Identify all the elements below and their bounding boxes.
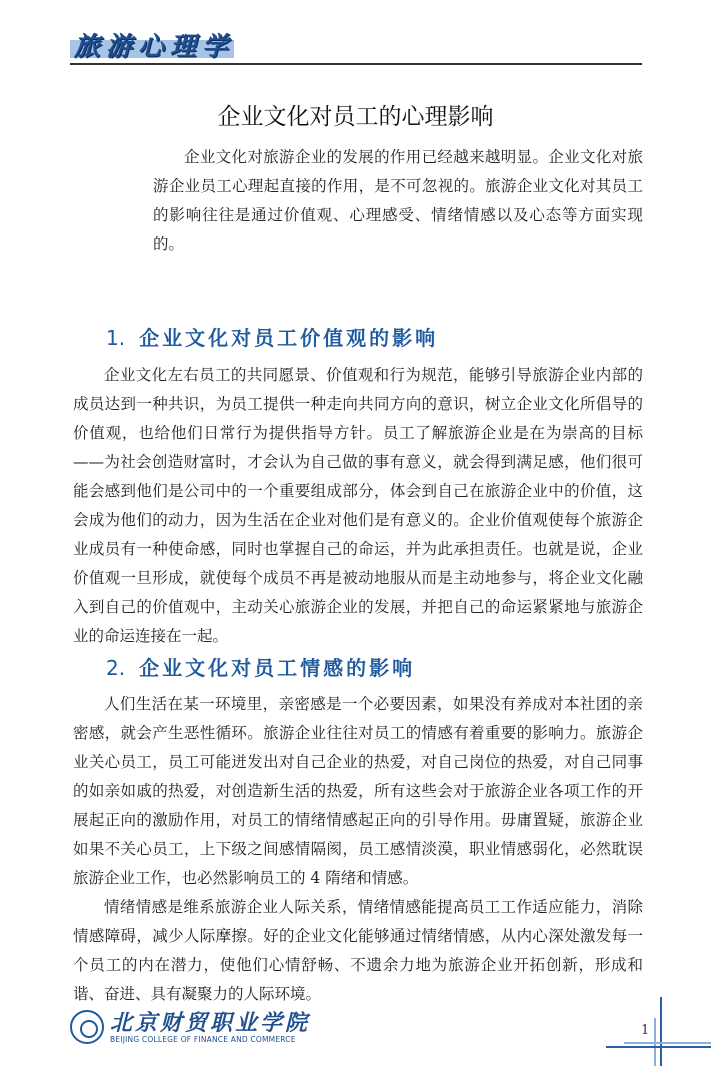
section-title: 企业文化对员工价值观的影响 (139, 326, 438, 350)
college-seal-icon (70, 1010, 104, 1044)
section-2-paragraph-1: 人们生活在某一环境里，亲密感是一个必要因素，如果没有养成对本社团的亲密感，就会产… (73, 690, 643, 893)
college-logo: 北京财贸职业学院 BEIJING COLLEGE OF FINANCE AND … (70, 1010, 310, 1044)
page-title: 企业文化对员工的心理影响 (0, 98, 711, 131)
section-heading-1: 1.企业文化对员工价值观的影响 (106, 322, 438, 351)
page-number: 1 (641, 1023, 649, 1038)
section-number: 1. (106, 326, 125, 350)
header-divider (70, 63, 642, 65)
intro-paragraph: 企业文化对旅游企业的发展的作用已经越来越明显。企业文化对旅游企业员工心理起直接的… (153, 143, 643, 259)
section-title: 企业文化对员工情感的影响 (139, 656, 415, 680)
section-1-paragraph: 企业文化左右员工的共同愿景、价值观和行为规范，能够引导旅游企业内部的成员达到一种… (73, 361, 643, 651)
section-number: 2. (106, 656, 125, 680)
section-2-paragraph-2: 情绪情感是维系旅游企业人际关系，情绪情感能提高员工工作适应能力，消除情感障碍，减… (73, 893, 643, 1009)
section-heading-2: 2.企业文化对员工情感的影响 (106, 652, 415, 681)
book-title: 旅游心理学 (74, 26, 234, 63)
crop-mark-horizontal (606, 1046, 711, 1048)
college-name-en: BEIJING COLLEGE OF FINANCE AND COMMERCE (110, 1035, 310, 1044)
college-name-cn: 北京财贸职业学院 (110, 1011, 310, 1035)
crop-mark-vertical (660, 997, 662, 1066)
crop-mark-horizontal-light (624, 1042, 711, 1044)
